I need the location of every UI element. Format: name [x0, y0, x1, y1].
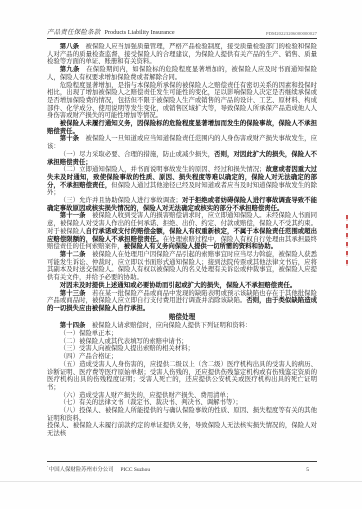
red-margin-marks — [346, 215, 348, 267]
page-bottom-line — [0, 481, 362, 482]
footnote-mark: ' — [47, 465, 48, 470]
page-header: 产品责任保险条款 Products Liability Insurance PD… — [47, 27, 317, 39]
article-10: 第十条 被保险人一旦知道或应当知道保险责任范围内的人身伤害或财产损失事故发生，应… — [47, 135, 317, 150]
footer-company-zh: 中国人保财险苏州市分公司 — [49, 467, 114, 473]
article-14-item-5: （五）造成受害人人身伤害的，应提供二级以上（含二级）医疗机构出具的受害人的病历、… — [47, 361, 317, 392]
article-12: 第十二条 被保险人在处理用户因保险产品引起的索赔事宜时应当尽力斡旋，被保险人获悉… — [47, 251, 317, 282]
document-page: 产品责任保险条款 Products Liability Insurance PD… — [0, 0, 362, 509]
header-title-en: Products Liability Insurance — [105, 29, 175, 36]
article-14-item-4: （四）产品合格证； — [47, 353, 317, 361]
article-11: 第十一条 被保险人收到受害人的损害赔偿请求时，应立即通知保险人。未经保险人书面同… — [47, 212, 317, 251]
body-content: 第八条 被保险人应当加强质量管理，严格产品检验制度，接受质量检验部门的检验和保险… — [47, 43, 317, 458]
article-8: 第八条 被保险人应当加强质量管理，严格产品检验制度，接受质量检验部门的检验和保险… — [47, 43, 317, 66]
section-heading-claims: 赔偿处理 — [47, 314, 317, 322]
page-footer: '中国人保财险苏州市分公司 PICC Suzhou 5 — [47, 461, 317, 473]
article-10-item-2: （二）立即通知保险人，并书面说明事故发生的原因、经过和损失情况；故意或者因重大过… — [47, 166, 317, 197]
article-9-definition: 危险程度显著增加，是指与本保险所承保的被保险人之赔偿责任有密切关系的因素和投保时… — [47, 82, 317, 121]
article-14-closing: 投保人、被保险人未履行前款约定的单证提供义务，导致保险人无法核实损失情况的，保险… — [47, 422, 317, 437]
article-13: 第十三条 若在某一批保险产品或商品中发现的缺陷表明或预示该缺陷也存在于其他批保险… — [47, 290, 317, 313]
article-9-exclusion: 被保险人未履行通知义务，因保险标的危险程度显著增加而发生的保险事故，保险人不承担… — [47, 120, 317, 135]
page-number: 5 — [306, 467, 309, 473]
article-14-item-1: （一）保险单正本； — [47, 330, 317, 338]
article-10-item-3: （三）允许并且协助保险人进行事故调查；对于拒绝或者妨碍保险人进行事故调查导致不能… — [47, 197, 317, 212]
article-14-item-3: （三）受害人向被保险人提出索赔的相关材料； — [47, 345, 317, 353]
article-10-item-1: （一）尽力采取必要、合理的措施，防止或减少损失，否则，对因此扩大的损失，保险人不… — [47, 151, 317, 166]
footer-company-en: PICC Suzhou — [121, 467, 151, 473]
document-id: PDM20223206000000027 — [266, 31, 317, 36]
article-14-item-8: （八）投保人、被保险人所能提供的与确认保险事故的性质、原因、损失程度等有关的其他… — [47, 407, 317, 422]
article-12-exclusion: 对因未及时提供上述通知或必要协助而引起或扩大的损失，保险人不承担赔偿责任。 — [47, 282, 317, 290]
article-14: 第十四条 被保险人请求赔偿时，应向保险人提供下列证明和资料： — [47, 322, 317, 330]
header-title: 产品责任保险条款 Products Liability Insurance — [47, 27, 175, 36]
article-14-item-7: （七）有关的法律文书（裁定书、裁决书、判决书、调解书等）； — [47, 399, 317, 407]
footer-company: '中国人保财险苏州市分公司 PICC Suzhou — [47, 465, 150, 473]
header-title-zh: 产品责任保险条款 — [47, 27, 101, 36]
article-9: 第九条 在保险期间内，如保险标的危险程度显著增加的，被保险人应及时书面通知保险人… — [47, 66, 317, 81]
